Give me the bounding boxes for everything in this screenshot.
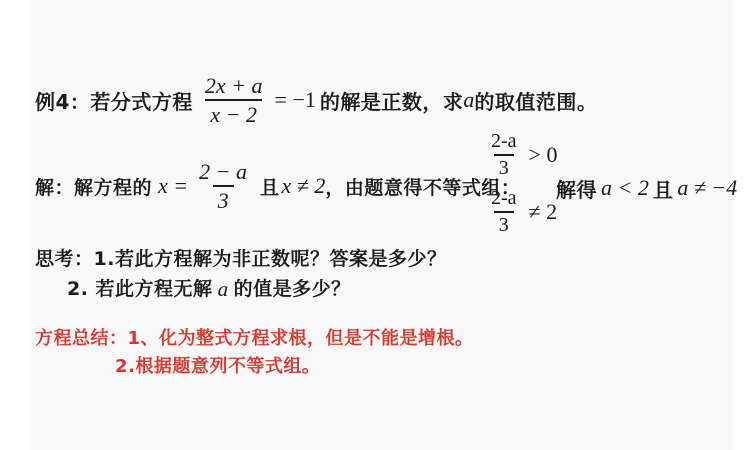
solution-fraction-numerator: 2 − a [194, 159, 252, 185]
conclusion-line: 解得 a < 2 且 a ≠ −4 [556, 174, 741, 202]
summary-line-2: 2.根据题意列不等式组。 [115, 358, 474, 376]
summary-block: 方程总结：1、化为整式方程求根，但是不能是增根。 2.根据题意列不等式组。 [35, 330, 474, 376]
problem-lead-text: 例4：若分式方程 [35, 86, 193, 115]
conclusion-lead-text: 解得 [556, 174, 597, 203]
summary-line-1: 方程总结：1、化为整式方程求根，但是不能是增根。 [35, 330, 474, 348]
inequality-1: 2-a 3 > 0 [486, 130, 557, 180]
inequality-2-fraction: 2-a 3 [486, 187, 522, 237]
solution-fraction-denominator: 3 [213, 185, 234, 213]
solution-line: 解：解方程的 x = 2 − a 3 且 x ≠ 2 ，由题意得不等式组： [35, 154, 520, 218]
problem-statement-line: 例4：若分式方程 2x + a x − 2 = −1 的解是正数，求 a 的取值… [35, 70, 597, 130]
problem-fraction: 2x + a x − 2 [200, 73, 268, 128]
solution-and-text: 且 [260, 173, 280, 200]
inequality-1-numerator: 2-a [486, 130, 522, 154]
inequality-1-relation: > 0 [529, 142, 558, 168]
solution-x-equals: x = [158, 173, 188, 199]
thinking-line-2-lead: 2. 若此方程无解 [67, 280, 213, 299]
inequality-system: 2-a 3 > 0 2-a 3 ≠ 2 [486, 130, 557, 237]
thinking-block: 思考：1.若此方程解为非正数呢？答案是多少？ 2. 若此方程无解 a 的值是多少… [35, 250, 446, 300]
problem-fraction-numerator: 2x + a [200, 73, 268, 99]
problem-equals-text: = −1 [275, 87, 316, 113]
slide-background [30, 0, 734, 450]
solution-lead-text: 解：解方程的 [35, 173, 152, 200]
inequality-2: 2-a 3 ≠ 2 [486, 187, 557, 237]
conclusion-part1: a < 2 [601, 175, 649, 201]
problem-fraction-denominator: x − 2 [205, 99, 262, 127]
problem-variable-a: a [463, 87, 474, 113]
thinking-line-2: 2. 若此方程无解 a 的值是多少？ [67, 279, 446, 300]
conclusion-part2: a ≠ −4 [677, 175, 737, 201]
thinking-line-2-variable-a: a [218, 279, 229, 300]
problem-mid-text: 的解是正数，求 [320, 86, 464, 115]
conclusion-and-text: 且 [653, 174, 674, 203]
inequality-2-denominator: 3 [494, 211, 514, 237]
thinking-line-2-tail: 的值是多少？ [234, 280, 351, 299]
inequality-1-fraction: 2-a 3 [486, 130, 522, 180]
problem-tail-text: 的取值范围。 [474, 86, 597, 115]
solution-x-neq: x ≠ 2 [282, 173, 326, 199]
inequality-2-numerator: 2-a [486, 187, 522, 211]
solution-fraction: 2 − a 3 [194, 159, 252, 214]
inequality-1-denominator: 3 [494, 154, 514, 180]
thinking-line-1: 思考：1.若此方程解为非正数呢？答案是多少？ [35, 250, 446, 269]
inequality-2-relation: ≠ 2 [529, 199, 558, 225]
